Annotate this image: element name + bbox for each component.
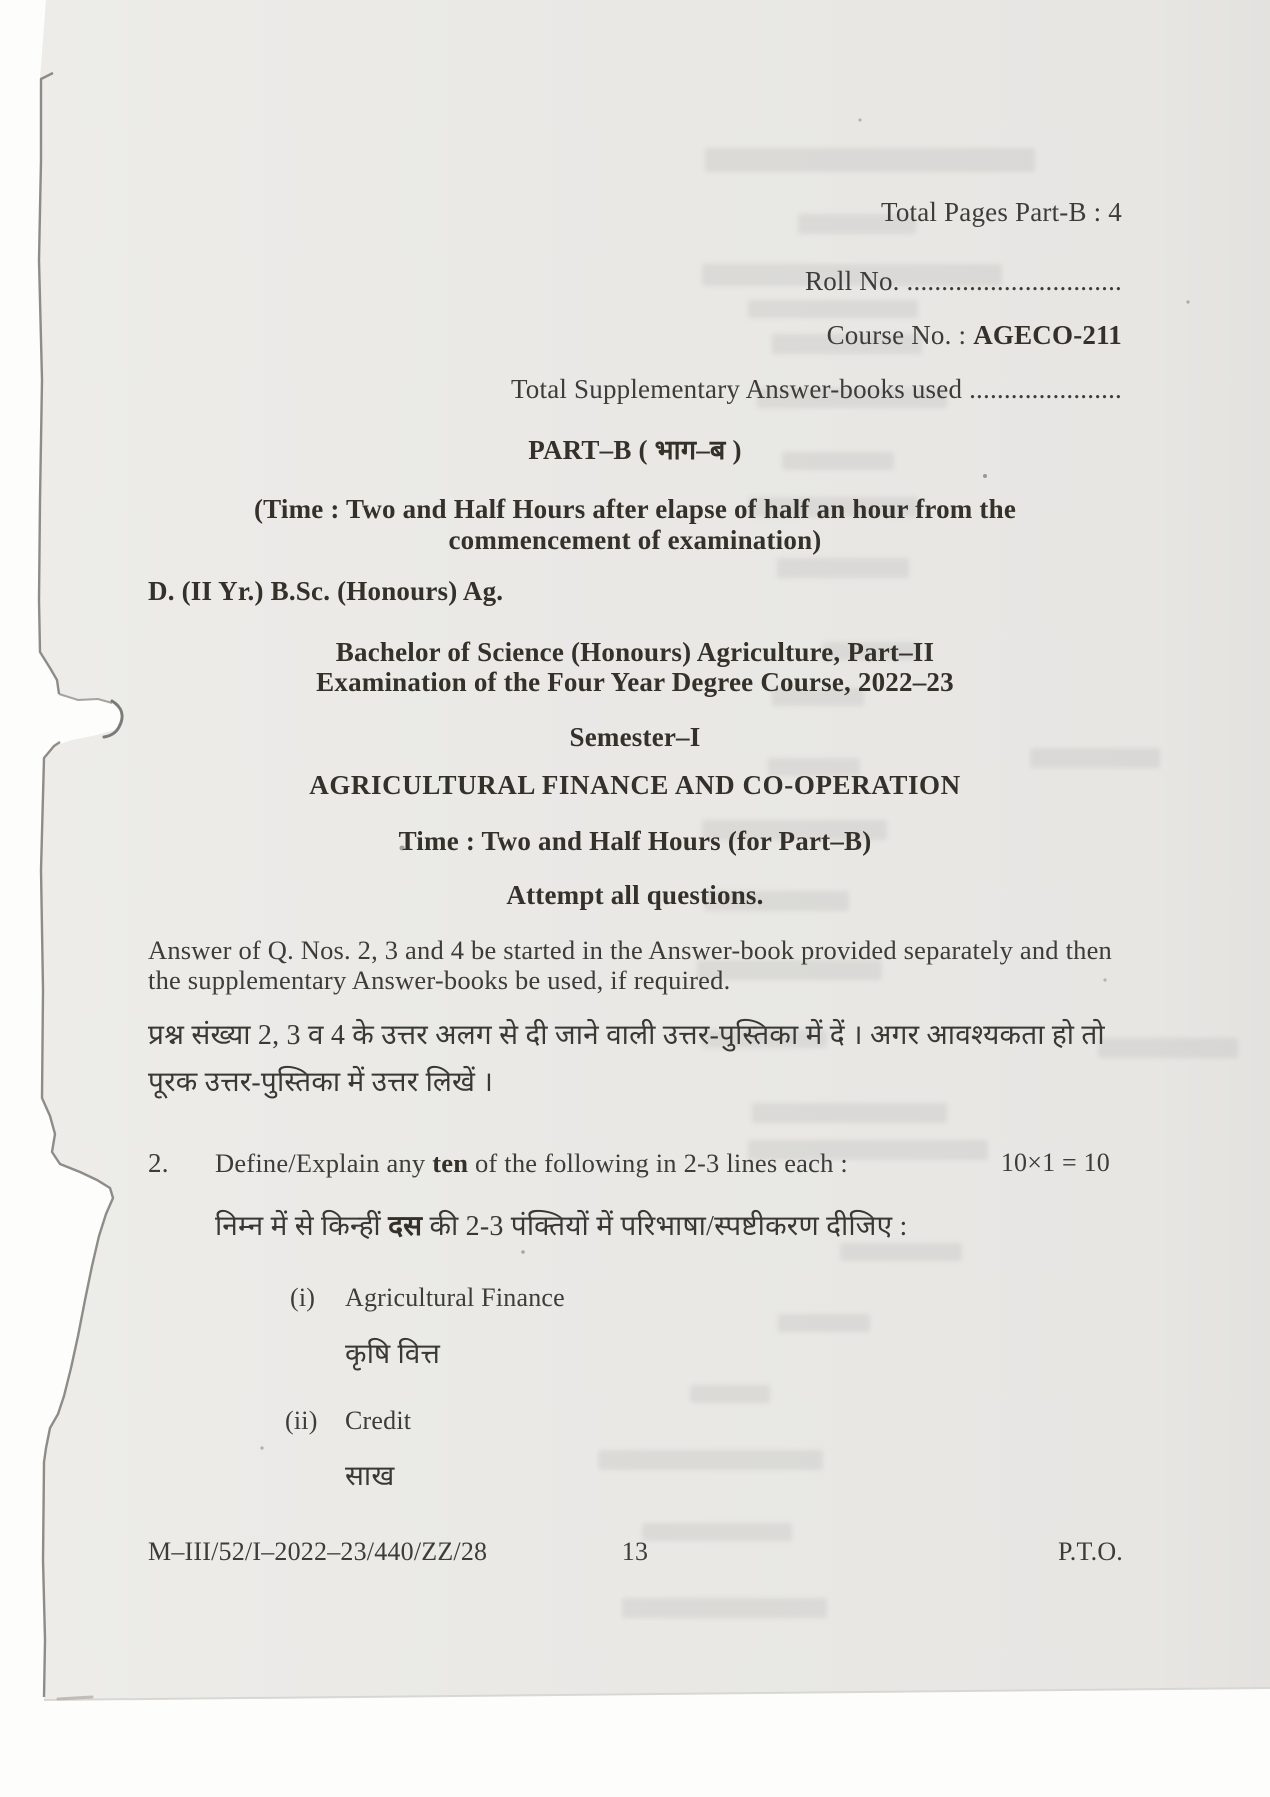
- time-note-line1: (Time : Two and Half Hours after elapse …: [0, 494, 1270, 526]
- question2-hindi-before: निम्न में से किन्हीं: [215, 1211, 388, 1242]
- pto-label: P.T.O.: [1058, 1537, 1123, 1568]
- question2-marks: 10×1 = 10: [1001, 1148, 1110, 1179]
- course-no-label: Course No. :: [827, 320, 974, 350]
- course-no-line: Course No. : AGECO-211: [827, 320, 1122, 352]
- semester-heading: Semester–I: [0, 722, 1270, 754]
- instruction-english: Answer of Q. Nos. 2, 3 and 4 be started …: [148, 935, 1124, 995]
- supplementary-books-field: Total Supplementary Answer-books used ..…: [511, 374, 1122, 406]
- question2-text-bold: ten: [432, 1148, 468, 1178]
- course-no-value: AGECO-211: [973, 320, 1122, 350]
- exam-page: Total Pages Part-B : 4 Roll No. ........…: [0, 0, 1270, 1797]
- subject-title: AGRICULTURAL FINANCE AND CO-OPERATION: [0, 770, 1270, 802]
- question2-text-after: of the following in 2-3 lines each :: [468, 1148, 848, 1178]
- question2-text: Define/Explain any ten of the following …: [215, 1148, 848, 1179]
- item-i-number: (i): [290, 1283, 315, 1314]
- instruction-hindi: प्रश्न संख्या 2, 3 व 4 के उत्तर अलग से द…: [148, 1012, 1130, 1106]
- bottom-edge-smudge: [58, 1697, 92, 1699]
- question2-hindi-after: की 2-3 पंक्तियों में परिभाषा/स्पष्टीकरण …: [422, 1211, 907, 1242]
- time-note-line2: commencement of examination): [0, 525, 1270, 557]
- item-ii-english: Credit: [345, 1406, 411, 1437]
- item-ii-number: (ii): [285, 1406, 318, 1437]
- item-ii-hindi: साख: [345, 1460, 394, 1493]
- degree-line1: Bachelor of Science (Honours) Agricultur…: [0, 637, 1270, 669]
- total-pages-label: Total Pages Part-B : 4: [881, 197, 1122, 229]
- question2-hindi-bold: दस: [388, 1211, 422, 1242]
- degree-line2: Examination of the Four Year Degree Cour…: [0, 667, 1270, 699]
- part-heading: PART–B ( भाग–ब ): [0, 435, 1270, 467]
- time-allowed: Time : Two and Half Hours (for Part–B): [0, 826, 1270, 858]
- item-i-hindi: कृषि वित्त: [345, 1338, 440, 1371]
- question2-number: 2.: [148, 1148, 169, 1180]
- attempt-note: Attempt all questions.: [0, 880, 1270, 912]
- roll-no-field: Roll No. ...............................: [805, 266, 1122, 298]
- question2-text-before: Define/Explain any: [215, 1148, 432, 1178]
- question2-hindi: निम्न में से किन्हीं दस की 2-3 पंक्तियों…: [215, 1210, 908, 1243]
- item-i-english: Agricultural Finance: [345, 1283, 565, 1314]
- program-title: D. (II Yr.) B.Sc. (Honours) Ag.: [148, 576, 503, 608]
